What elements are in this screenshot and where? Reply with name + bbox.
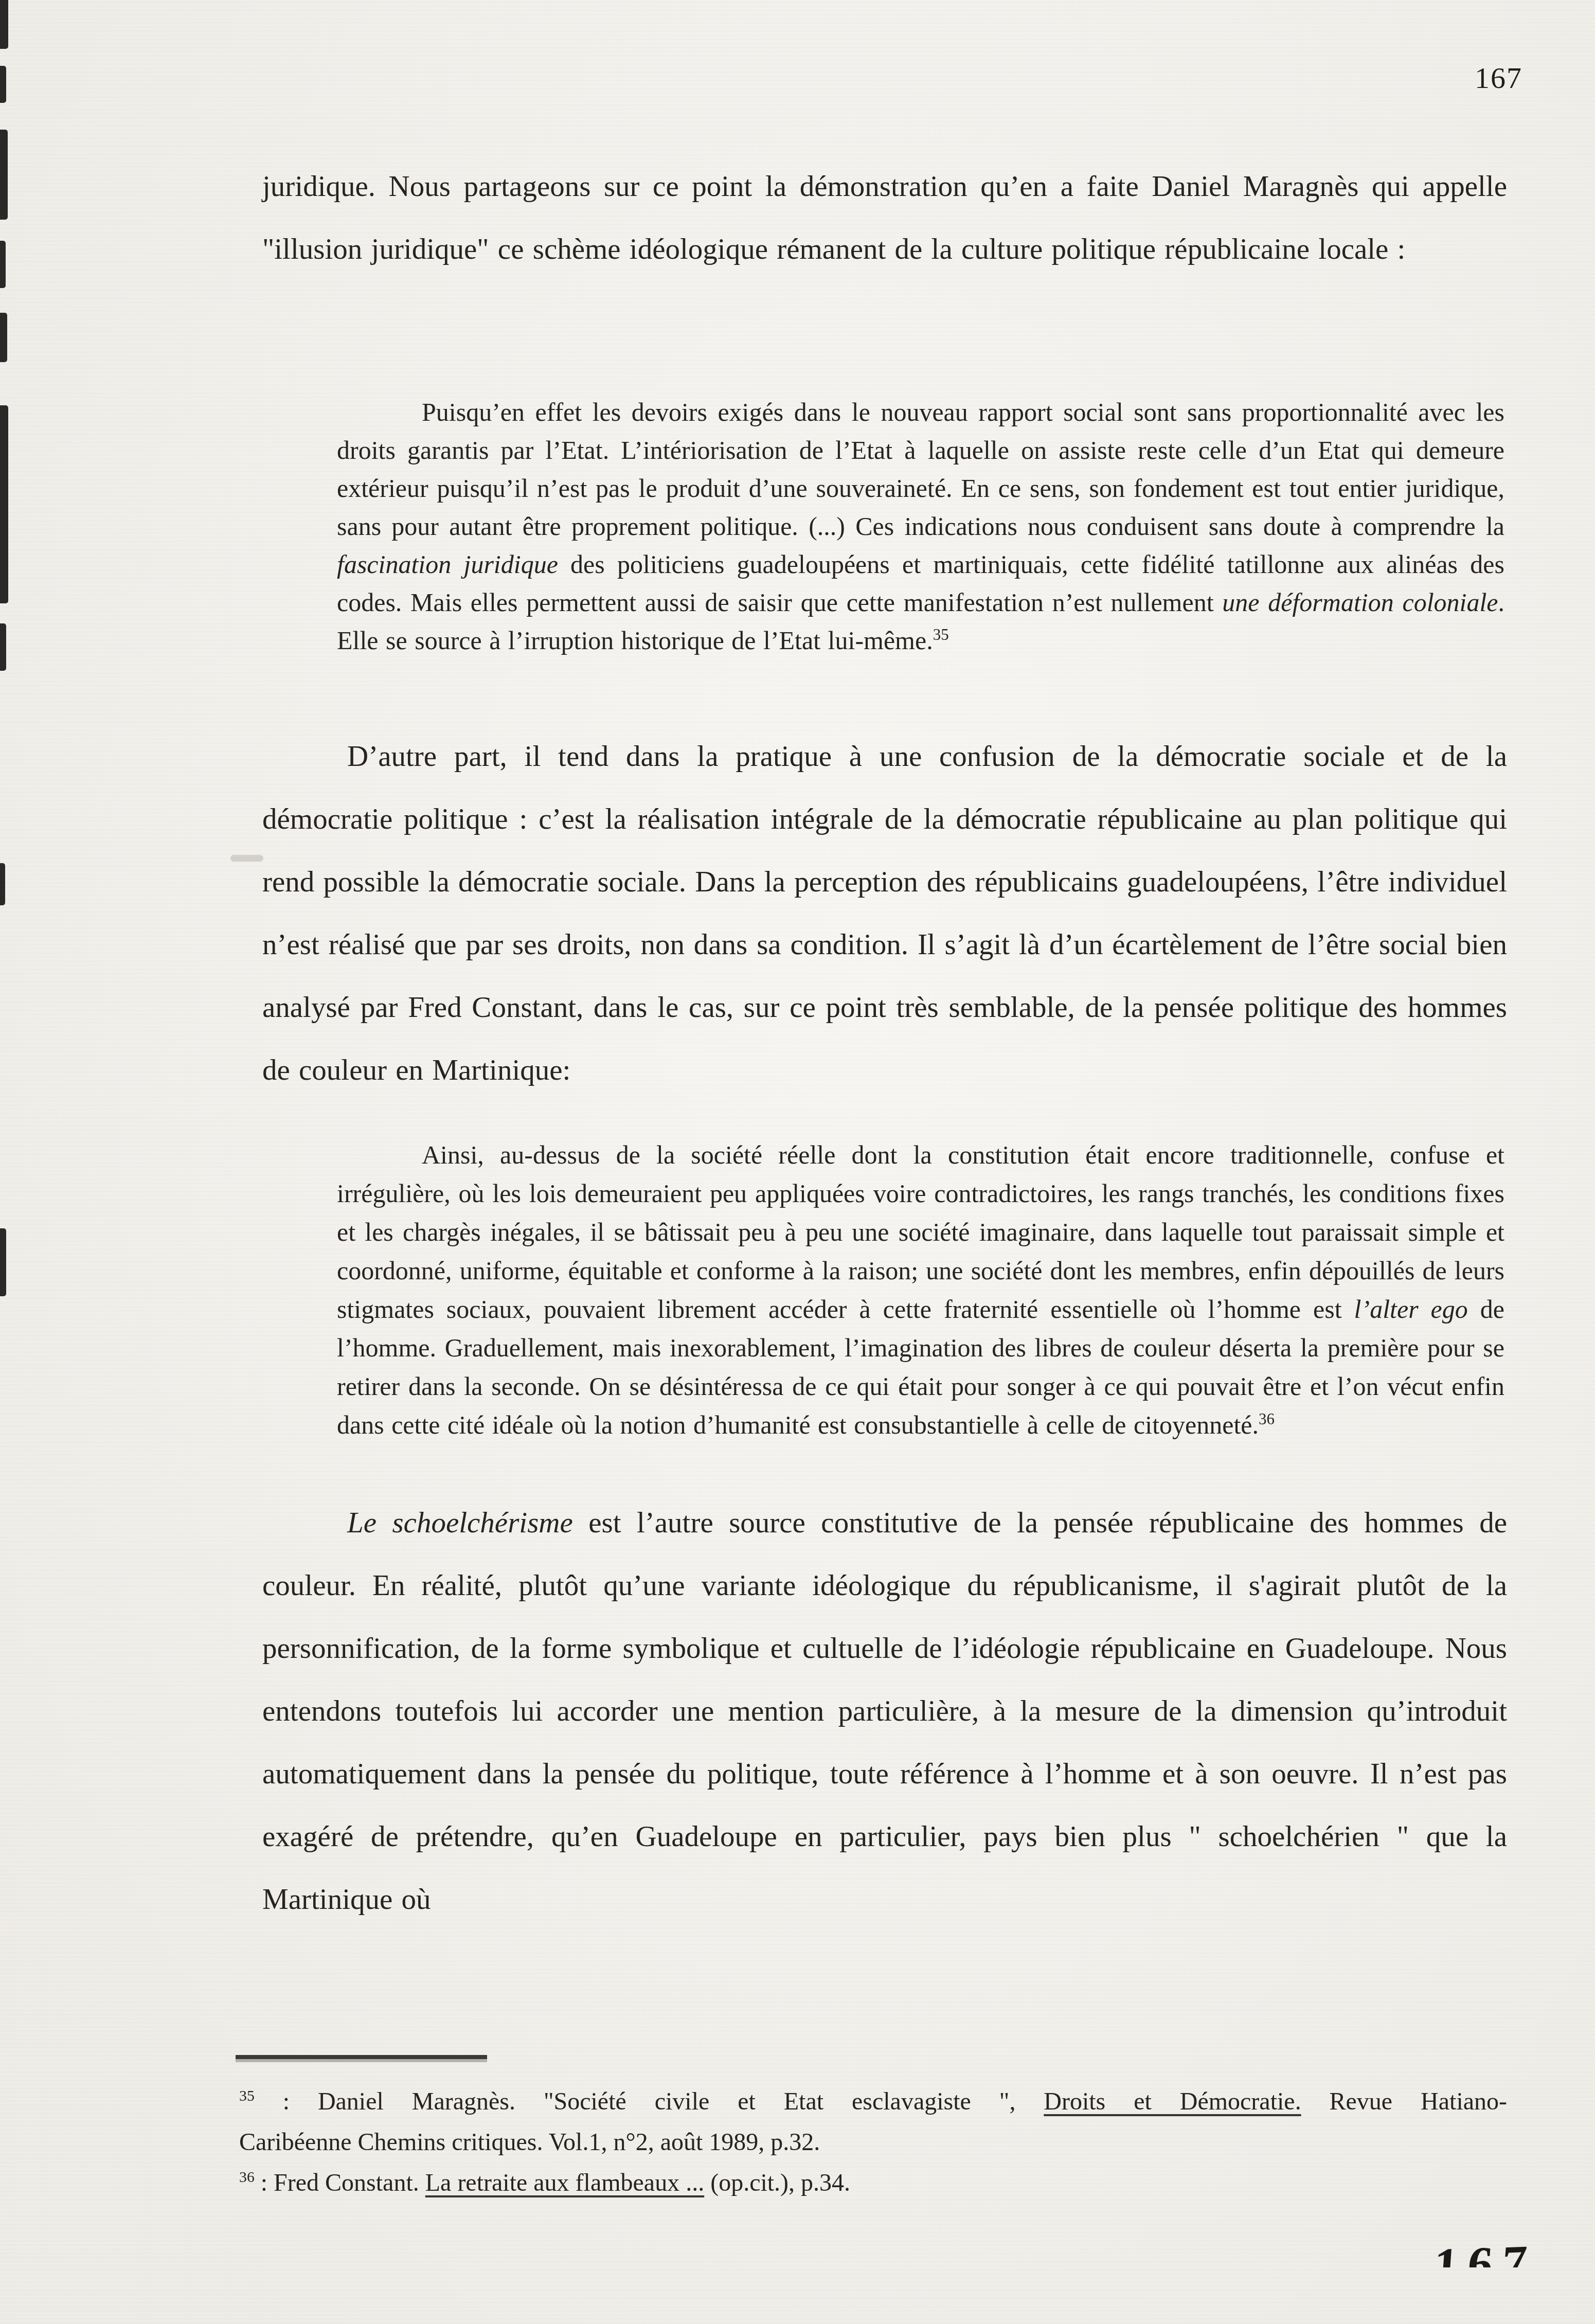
underlined-title-retraite-aux-flambeaux: La retraite aux flambeaux ... xyxy=(425,2169,704,2196)
paragraph-1-text: juridique. Nous partageons sur ce point … xyxy=(262,170,1507,265)
scan-edge-artifact xyxy=(0,405,8,603)
scan-edge-artifact xyxy=(0,623,6,671)
paragraph-3: Le schoelchérisme est l’autre source con… xyxy=(262,1492,1507,1931)
footnote-separator-rule xyxy=(236,2055,487,2059)
italic-deformation-coloniale: une déformation coloniale xyxy=(1222,588,1498,617)
footnote-ref-35: 35 xyxy=(933,625,949,643)
footnote-35-line-2: Caribéenne Chemins critiques. Vol.1, n°2… xyxy=(239,2122,1507,2162)
footnote-35-line-1: 35 : Daniel Maragnès. "Société civile et… xyxy=(239,2081,1507,2122)
footnote-36: 36 : Fred Constant. La retraite aux flam… xyxy=(239,2162,1507,2203)
footnote-35-marker: 35 xyxy=(239,2087,255,2104)
clipped-page-number-fragment: 167 xyxy=(1434,2239,1578,2267)
page-number: 167 xyxy=(1475,61,1522,95)
paragraph-2: D’autre part, il tend dans la pratique à… xyxy=(262,725,1507,1102)
footnote-ref-36: 36 xyxy=(1259,1410,1275,1428)
scan-edge-artifact xyxy=(0,130,8,220)
block-quote-constant: Ainsi, au-dessus de la société réelle do… xyxy=(337,1136,1504,1444)
italic-le-schoelcherisme: Le schoelchérisme xyxy=(347,1507,573,1539)
scanned-document-page: 167 juridique. Nous partageons sur ce po… xyxy=(0,0,1595,2324)
block-quote-maragnes: Puisqu’en effet les devoirs exigés dans … xyxy=(337,393,1504,659)
scan-smudge-artifact xyxy=(230,855,263,862)
scan-edge-artifact xyxy=(0,66,6,103)
italic-fascination-juridique: fascination juridique xyxy=(337,550,558,579)
paragraph-3-text: est l’autre source constitutive de la pe… xyxy=(262,1507,1507,1916)
underlined-title-droits-et-democratie: Droits et Démocratie. xyxy=(1044,2088,1301,2115)
paragraph-1: juridique. Nous partageons sur ce point … xyxy=(262,155,1507,281)
italic-alter-ego: l’alter ego xyxy=(1354,1295,1468,1324)
footnotes-section: 35 : Daniel Maragnès. "Société civile et… xyxy=(239,2081,1507,2203)
scan-edge-artifact xyxy=(0,0,8,49)
footnote-36-marker: 36 xyxy=(239,2169,255,2186)
paragraph-2-text: D’autre part, il tend dans la pratique à… xyxy=(262,740,1507,1086)
scan-edge-artifact xyxy=(0,313,7,362)
scan-edge-artifact xyxy=(0,1228,6,1296)
scan-edge-artifact xyxy=(0,241,6,288)
scan-edge-artifact xyxy=(0,863,5,905)
